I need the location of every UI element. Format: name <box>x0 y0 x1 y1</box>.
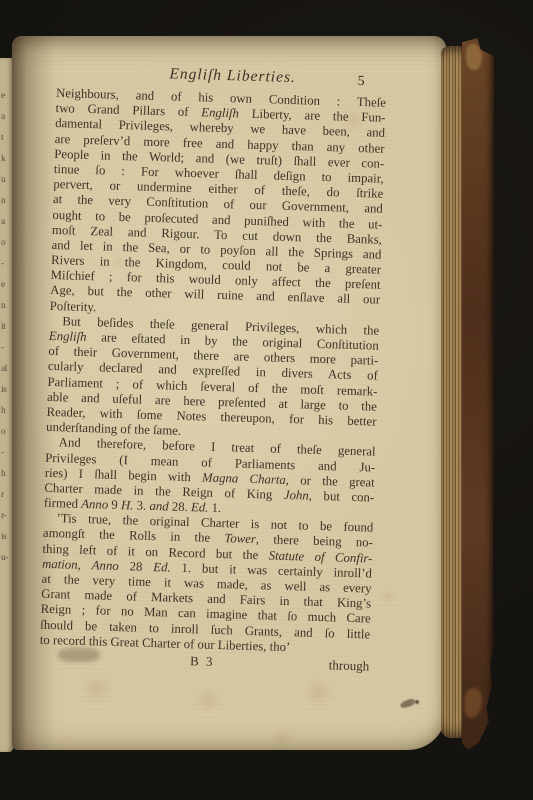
paragraph: ’Tis true, the original Charter is not t… <box>40 511 374 657</box>
body-text: Neighbours, and of his own Condition : T… <box>40 86 387 657</box>
paragraph: But beſides theſe general Privileges, wh… <box>46 314 379 445</box>
foxing-spots <box>12 36 13 37</box>
paragraph: And therefore, before I treat of theſe g… <box>44 435 376 521</box>
offset-ink-smudge <box>58 648 100 662</box>
page-text-column: Engliſh Liberties. 5 Neighbours, and of … <box>39 62 387 674</box>
ink-mark <box>399 698 415 709</box>
book-cover-edge <box>462 38 494 750</box>
page-title: Engliſh Liberties. <box>147 65 296 86</box>
catchword: through <box>329 657 370 674</box>
book-page: Engliſh Liberties. 5 Neighbours, and of … <box>12 36 446 750</box>
signature-mark: B 3 <box>190 653 215 670</box>
page-number: 5 <box>357 74 364 90</box>
photo-backdrop: eatkunao-enit-alisho-hrr-isu- Engliſh Li… <box>0 0 533 800</box>
paragraph: Neighbours, and of his own Condition : T… <box>50 86 387 324</box>
